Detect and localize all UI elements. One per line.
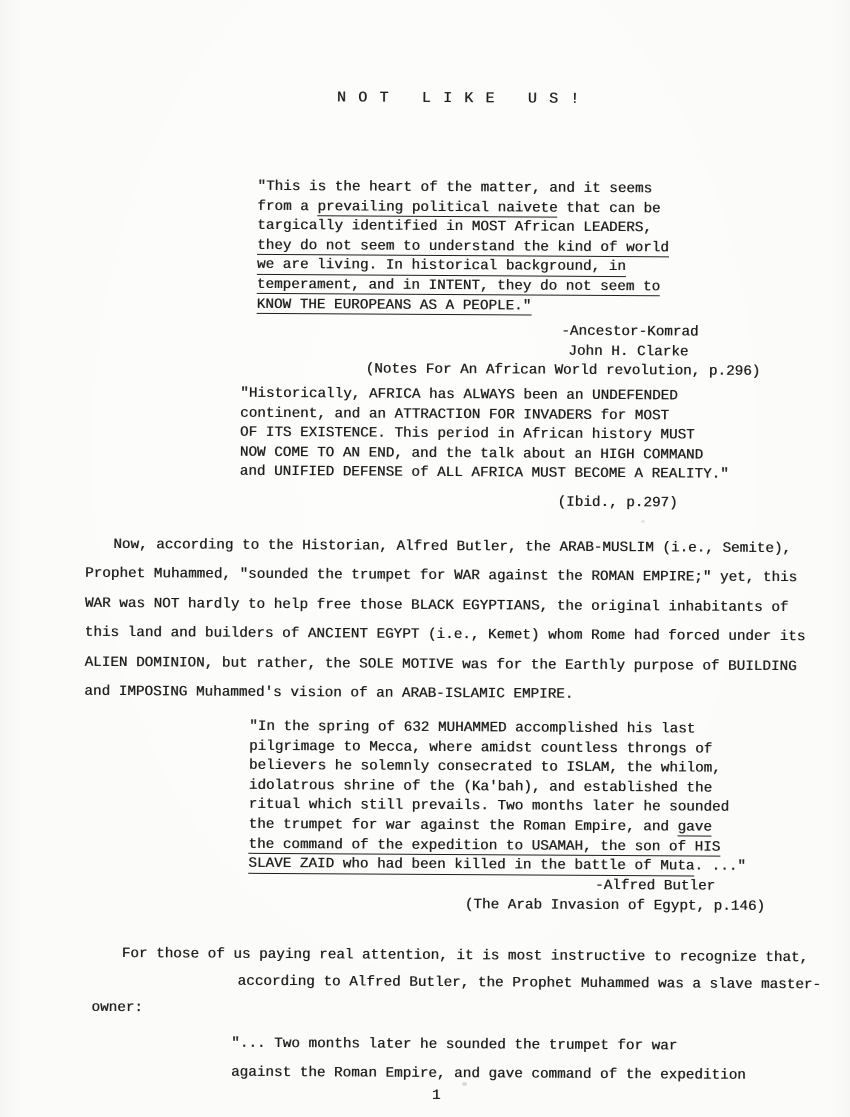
attribution-source: (Notes For An African World revolution, … — [298, 360, 760, 382]
paragraph-line: owner: — [91, 995, 844, 1027]
underlined-text: we are living. In historical background,… — [257, 257, 626, 277]
quote-text: that can be — [558, 200, 661, 217]
quote-line: they do not seem to understand the kind … — [257, 237, 669, 259]
quote-block-africa: "Historically, AFRICA has ALWAYS been an… — [240, 385, 730, 486]
scanned-document-page: N O T L I K E U S ! "This is the heart o… — [0, 0, 850, 1117]
underlined-text: they do not seem to understand the kind … — [257, 238, 669, 258]
quote-line: "This is the heart of the matter, and it… — [257, 178, 669, 200]
quote-line: believers he solemnly consecrated to ISL… — [249, 757, 747, 780]
paragraph-line: this land and builders of ANCIENT EGYPT … — [85, 619, 806, 653]
page-number: 1 — [432, 1087, 441, 1107]
underlined-text: SLAVE ZAID who had been killed in the ba… — [248, 856, 694, 876]
paragraph-line: For those of us paying real attention, i… — [122, 941, 845, 972]
quote-line: "In the spring of 632 MUHAMMED accomplis… — [249, 718, 747, 741]
attribution-source: (The Arab Invasion of Egypt, p.146) — [345, 895, 765, 917]
quote-line: temperament, and in INTENT, they do not … — [257, 276, 669, 298]
scan-speck — [623, 371, 626, 374]
quote-line: and UNIFIED DEFENSE of ALL AFRICA MUST B… — [240, 463, 729, 486]
body-paragraph-1: Now, according to the Historian, Alfred … — [84, 531, 806, 712]
citation-ibid: (Ibid., p.297) — [557, 494, 677, 514]
quote-line: from a prevailing political naivete that… — [257, 197, 669, 219]
document-title: N O T L I K E U S ! — [337, 89, 581, 107]
quote-text: . ..." — [694, 859, 746, 875]
underlined-text: the command of the expedition to USAMAH,… — [248, 836, 720, 856]
scan-speck — [462, 1082, 467, 1086]
quote-line: SLAVE ZAID who had been killed in the ba… — [248, 855, 746, 878]
underlined-text: temperament, and in INTENT, they do not … — [257, 277, 660, 297]
quote-line: against the Roman Empire, and gave comma… — [231, 1058, 746, 1090]
quote-line: OF ITS EXISTENCE. This period in African… — [240, 424, 729, 447]
page-number-text: 1 — [432, 1087, 441, 1107]
attribution-clarke: -Ancestor-Komrad John H. Clarke (Notes F… — [298, 321, 760, 383]
quote-block-butler: "In the spring of 632 MUHAMMED accomplis… — [248, 718, 747, 878]
quote-line: targically identified in MOST African LE… — [257, 217, 669, 239]
attribution-name: -Alfred Butler — [345, 875, 765, 897]
quote-line: we are living. In historical background,… — [257, 256, 669, 278]
quote-text: from a — [257, 198, 317, 214]
paragraph-line: and IMPOSING Muhammed's vision of an ARA… — [84, 678, 805, 712]
paragraph-line: WAR was NOT hardly to help free those BL… — [85, 590, 806, 624]
document-title-text: N O T L I K E U S ! — [337, 89, 581, 107]
quote-line: "Historically, AFRICA has ALWAYS been an… — [240, 385, 729, 408]
quote-block-continuation: "... Two months later he sounded the tru… — [231, 1030, 746, 1090]
quote-line: the trumpet for war against the Roman Em… — [248, 816, 746, 839]
quote-block-clarke: "This is the heart of the matter, and it… — [257, 178, 670, 318]
scan-speck — [641, 520, 645, 523]
citation-text: (Ibid., p.297) — [557, 494, 677, 514]
typewritten-sheet: N O T L I K E U S ! "This is the heart o… — [0, 0, 850, 1117]
paragraph-line: Prophet Muhammed, "sounded the trumpet f… — [85, 560, 806, 594]
underlined-text: KNOW THE EUROPEANS AS A PEOPLE." — [257, 296, 532, 315]
quote-line: KNOW THE EUROPEANS AS A PEOPLE." — [257, 295, 669, 317]
paragraph-line: ALIEN DOMINION, but rather, the SOLE MOT… — [84, 648, 805, 682]
attribution-butler: -Alfred Butler (The Arab Invasion of Egy… — [345, 875, 765, 917]
paragraph-line: according to Alfred Butler, the Prophet … — [237, 969, 844, 1000]
body-paragraph-2: For those of us paying real attention, i… — [0, 940, 845, 1026]
underlined-text: gave — [677, 819, 711, 837]
underlined-text: prevailing political naivete — [317, 199, 557, 218]
quote-text: the trumpet for war against the Roman Em… — [248, 817, 677, 836]
paragraph-line: Now, according to the Historian, Alfred … — [85, 531, 806, 565]
quote-line: "... Two months later he sounded the tru… — [231, 1030, 746, 1062]
